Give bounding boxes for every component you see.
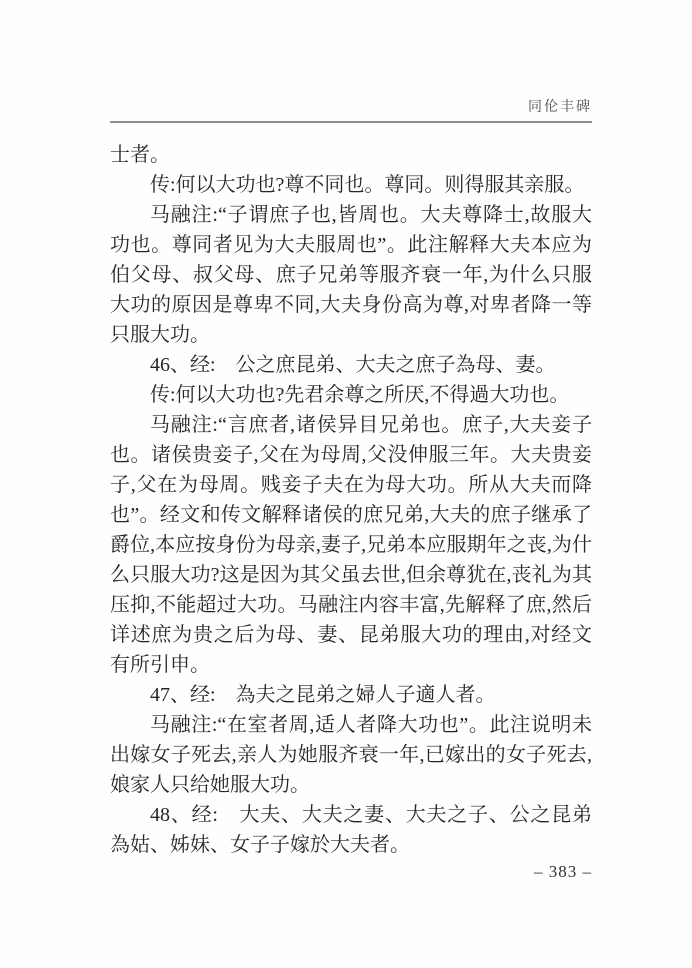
paragraph: 传:何以大功也?先君余尊之所厌,不得過大功也。 [110, 380, 592, 410]
running-title: 同伦丰碑 [528, 100, 592, 115]
paragraph: 46、经: 公之庶昆弟、大夫之庶子為母、妻。 [110, 350, 592, 380]
paragraph: 士者。 [110, 140, 592, 170]
paragraph: 48、经: 大夫、大夫之妻、大夫之子、公之昆弟為姑、姊妹、女子子嫁於大夫者。 [110, 800, 592, 860]
header-rule [110, 121, 592, 123]
page-footer: – 383 – [110, 862, 592, 882]
paragraph: 传:何以大功也?尊不同也。尊同。则得服其亲服。 [110, 170, 592, 200]
body-text: 士者。传:何以大功也?尊不同也。尊同。则得服其亲服。马融注:“子谓庶子也,皆周也… [110, 140, 592, 860]
page-number: – 383 – [534, 862, 592, 881]
paragraph: 47、经: 為夫之昆弟之婦人子適人者。 [110, 680, 592, 710]
paragraph: 马融注:“子谓庶子也,皆周也。大夫尊降士,故服大功也。尊同者见为大夫服周也”。此… [110, 200, 592, 350]
paragraph: 马融注:“言庶者,诸侯异目兄弟也。庶子,大夫妾子也。诸侯贵妾子,父在为母周,父没… [110, 410, 592, 680]
book-page: 同伦丰碑 士者。传:何以大功也?尊不同也。尊同。则得服其亲服。马融注:“子谓庶子… [0, 0, 692, 968]
paragraph: 马融注:“在室者周,适人者降大功也”。此注说明未出嫁女子死去,亲人为她服齐衰一年… [110, 710, 592, 800]
running-header: 同伦丰碑 [110, 96, 592, 116]
